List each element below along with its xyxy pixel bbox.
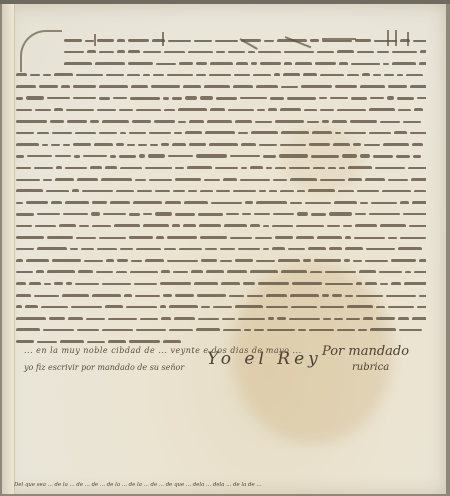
secretary-signature: Por mandado [322,344,409,359]
script-line [16,88,426,100]
script-line [16,250,426,262]
script-line [16,181,426,193]
script-line [16,273,426,285]
script-line [16,262,426,274]
script-line [16,30,426,42]
script-line [16,146,426,158]
script-line [16,111,426,123]
scribe-line: yo fiz escrivir por mandado de su señor [24,363,184,372]
script-line [16,100,426,112]
script-line [16,169,426,181]
script-line [16,42,426,54]
script-line [16,134,426,146]
script-line [16,53,426,65]
script-line [16,76,426,88]
parchment-sheet: ... en la muy noble cibdad de ... veynte… [2,4,446,494]
script-line [16,216,426,228]
footer-annotation: Del que sea ... de la ... de ... de ... … [14,482,444,488]
script-line [16,239,426,251]
script-line [16,204,426,216]
script-line [16,158,426,170]
script-line [16,320,426,332]
script-line [16,65,426,77]
rubric-flourish: rubrica [352,362,389,373]
script-line [16,227,426,239]
script-line [16,285,426,297]
script-line [16,308,426,320]
script-line [16,331,426,343]
royal-signature: Yo el Rey [207,349,322,369]
binding-edge [2,4,15,494]
script-line [16,297,426,309]
script-line [16,123,426,135]
script-line [16,192,426,204]
manuscript-body [16,30,426,343]
